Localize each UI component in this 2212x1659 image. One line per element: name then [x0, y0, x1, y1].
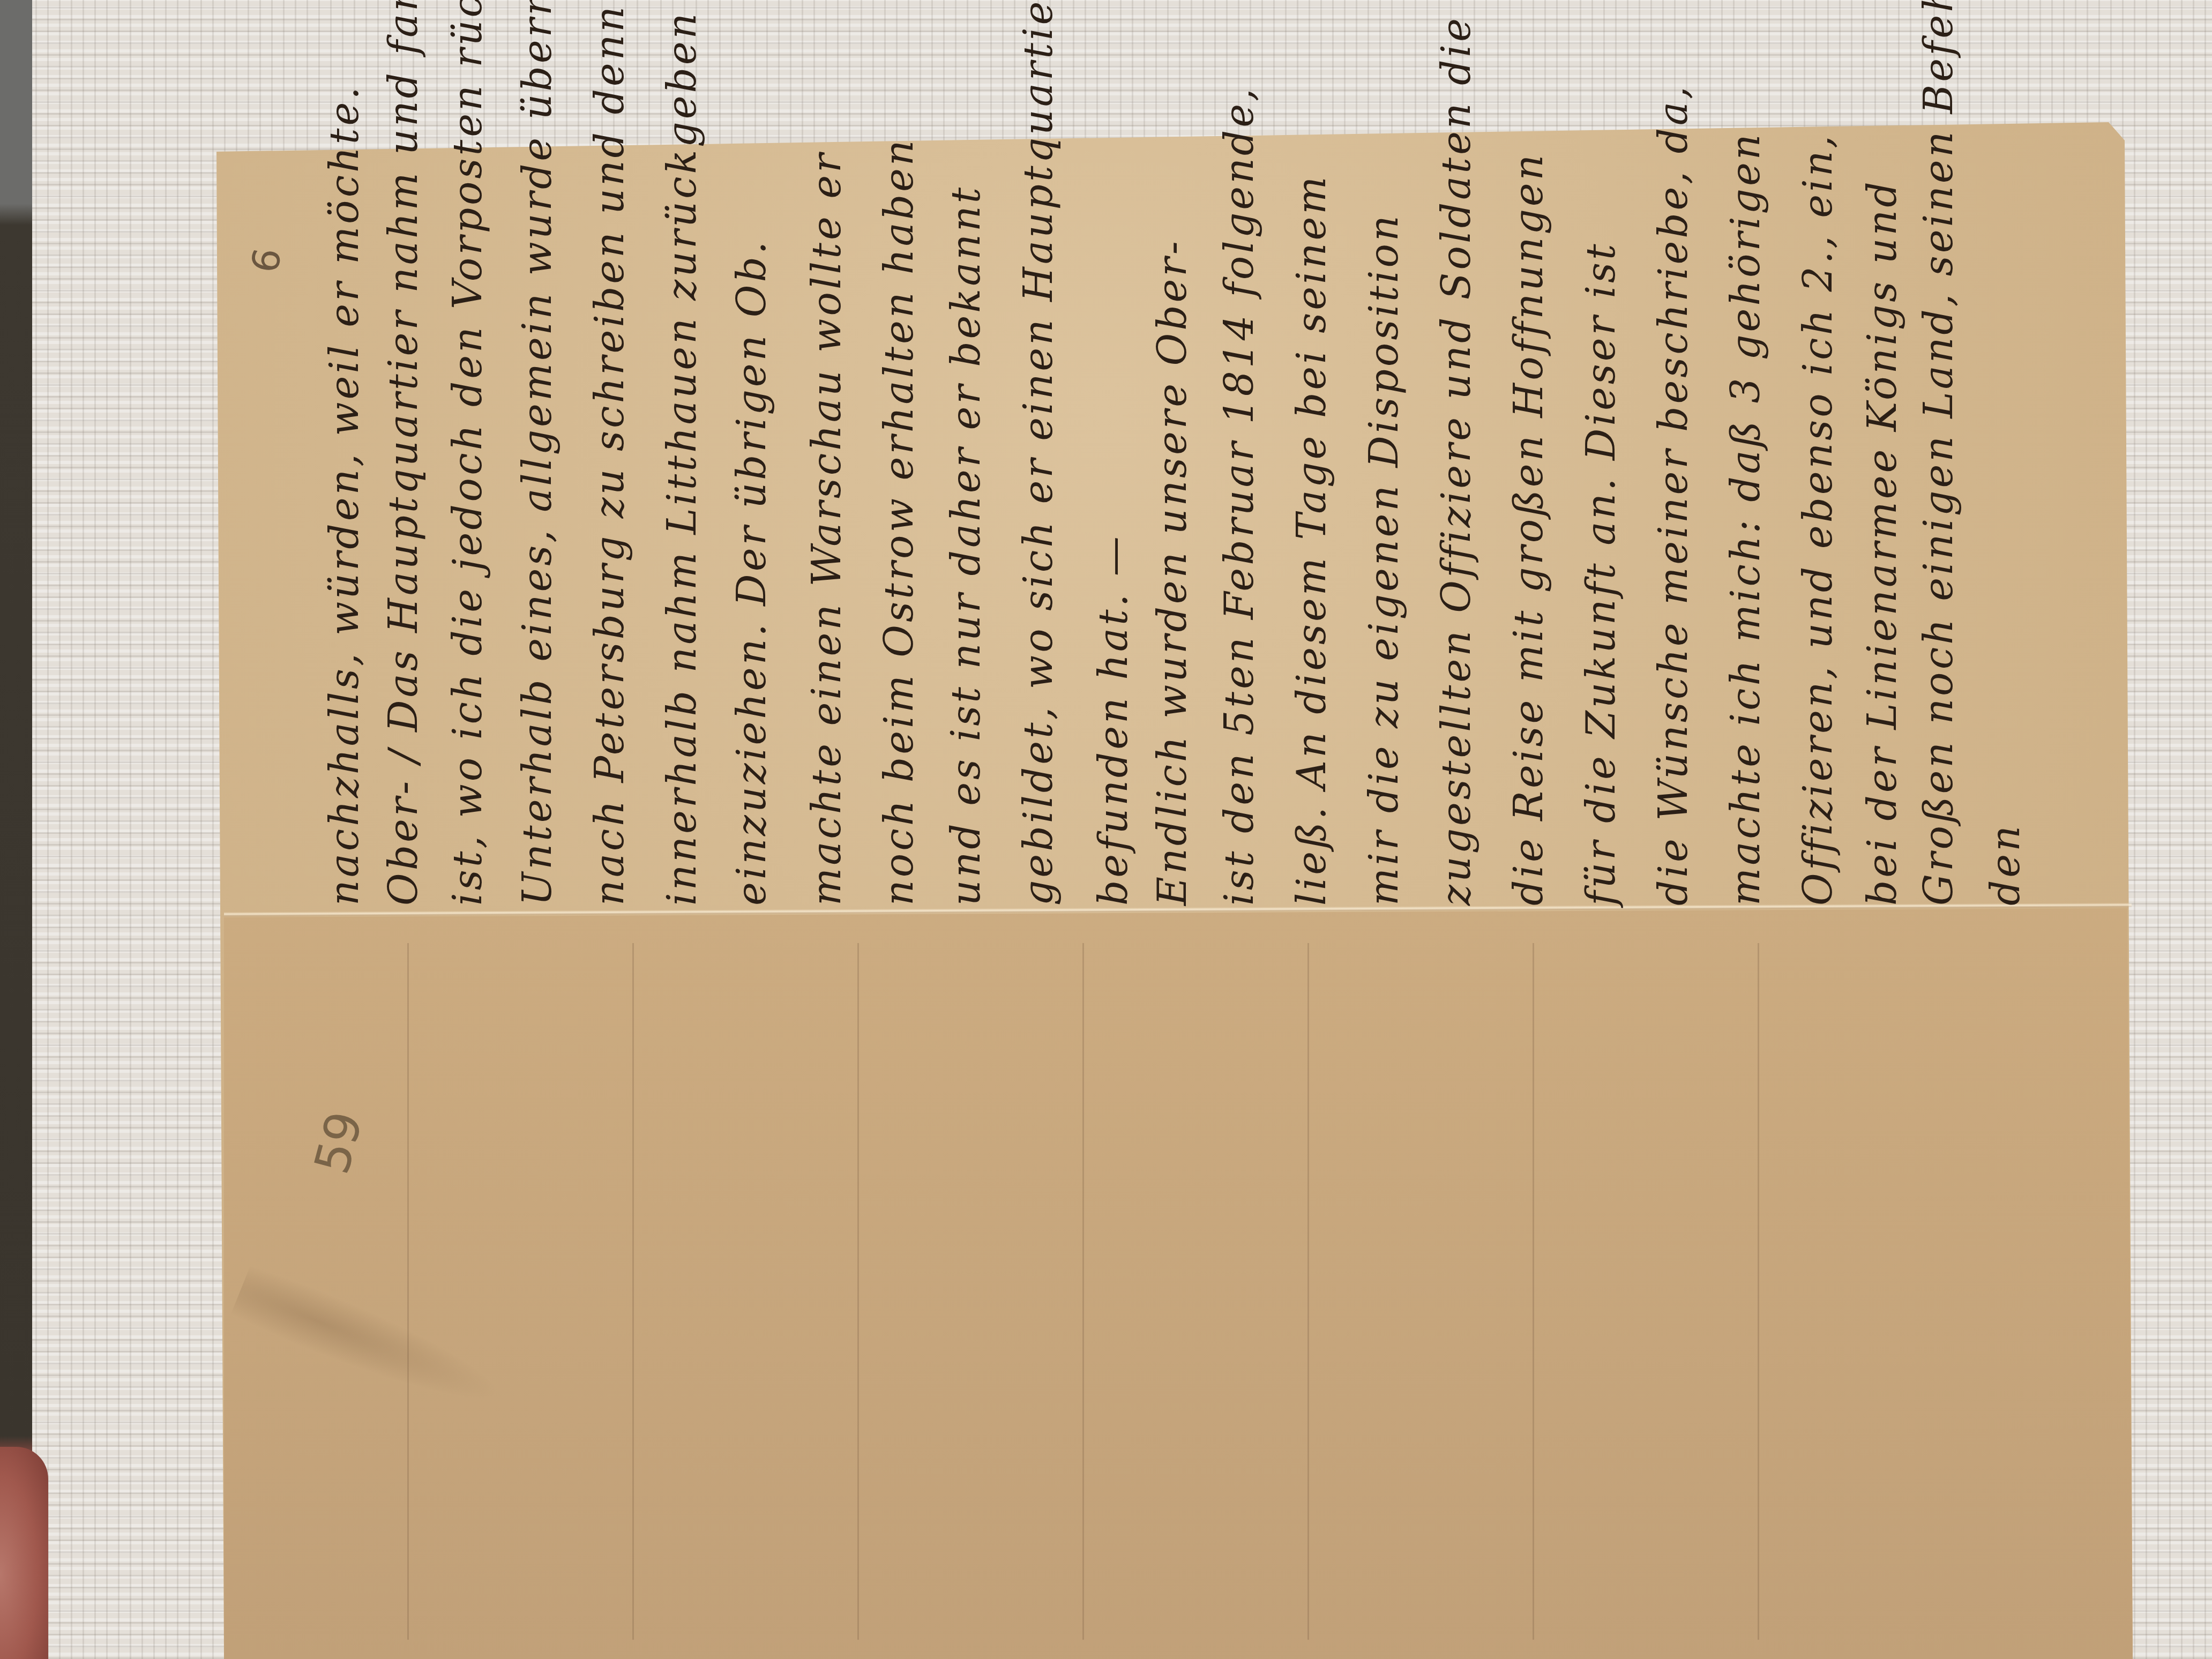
ink-bleed-through — [1758, 943, 1759, 1640]
text-line: bei der Linienarmee Königs und — [1859, 180, 1924, 906]
text-line: die Reise mit großen Hoffnungen — [1506, 152, 1570, 906]
ink-bleed-through — [1307, 943, 1309, 1640]
text-line: Unterhalb eines, allgemein wurde übern, — [514, 0, 579, 906]
text-line: ist, wo ich die jedoch den Vorposten rüc… — [445, 0, 509, 906]
table-edge — [0, 0, 32, 1659]
text-line: innerhalb nahm Litthauen zurückgeben — [659, 11, 723, 906]
text-line: den — [1983, 823, 2047, 906]
text-line: nach Petersburg zu schreiben und denn — [587, 4, 651, 906]
text-line: für die Zukunft an. Dieser ist — [1578, 241, 1642, 906]
ink-bleed-through — [632, 943, 634, 1640]
text-line: nachzhalls, würden, weil er möchte. — [322, 84, 386, 906]
thumb — [0, 1447, 48, 1659]
text-line: gebildet, wo sich er einen Hauptquartier — [1015, 0, 1080, 906]
text-line: und es ist nur daher er bekannt — [943, 185, 1007, 906]
text-line: befunden hat. — — [1090, 534, 1155, 906]
text-line: Ober- / Das Hauptquartier nahm und fande… — [380, 0, 445, 906]
ink-bleed-through — [407, 943, 409, 1640]
handwritten-text: nachzhalls, würden, weil er möchte. Ober… — [322, 145, 1961, 906]
text-line: mir die zu eigenen Disposition — [1361, 213, 1425, 906]
ink-bleed-through — [1082, 943, 1084, 1640]
text-line: einzuziehen. Der übrigen Ob. — [729, 239, 793, 906]
text-line: Offizieren, und ebenso ich 2., ein, — [1795, 133, 1859, 906]
text-line: machte ich mich: daß 3 gehörigen — [1723, 132, 1787, 906]
ink-bleed-through — [857, 943, 859, 1640]
text-line: ließ. An diesem Tage bei seinem — [1289, 174, 1353, 906]
ink-bleed-through — [1533, 943, 1534, 1640]
text-line: die Wünsche meiner beschriebe, da, — [1650, 84, 1715, 906]
text-line: Großen noch einigen Land, seinen Befehl — [1916, 0, 1980, 906]
text-line: Endlich wurden unsere Ober- — [1149, 238, 1214, 906]
text-line: machte einen Warschau wollte er — [804, 151, 868, 906]
text-line: ist den 5ten Februar 1814 folgende, — [1216, 86, 1281, 906]
text-line: noch beim Ostrow erhalten haben — [876, 138, 940, 906]
text-line: zugestellten Offiziere und Soldaten die — [1433, 16, 1498, 906]
